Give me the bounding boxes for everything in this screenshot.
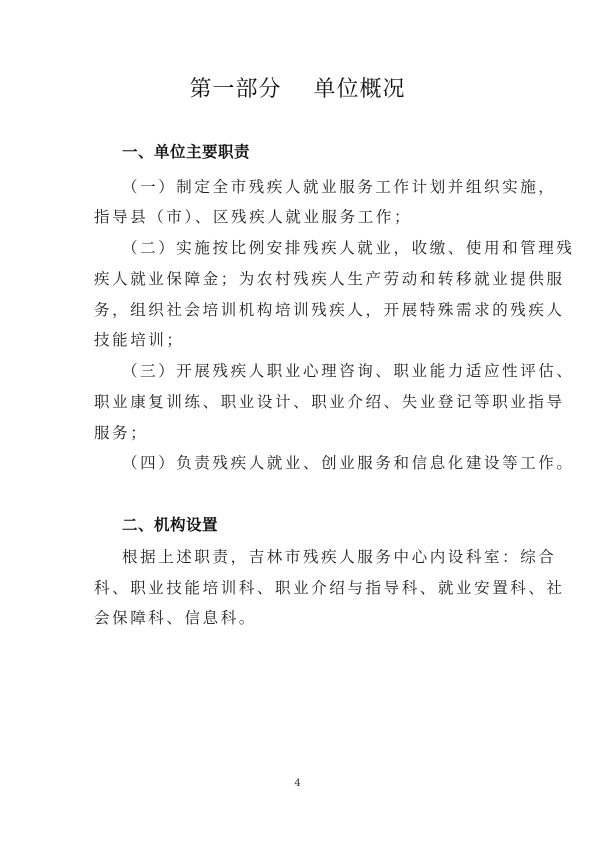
paragraph-line: （二）实施按比例安排残疾人就业，收缴、使用和管理残 xyxy=(122,236,575,258)
page-number: 4 xyxy=(0,778,595,789)
paragraph-line: （三）开展残疾人职业心理咨询、职业能力适应性评估、 xyxy=(122,359,575,381)
paragraph-line: 指导县（市）、区残疾人就业服务工作； xyxy=(94,205,412,227)
paragraph-line: 会保障科、信息科。 xyxy=(94,606,257,628)
section-heading-structure: 二、机构设置 xyxy=(122,513,218,535)
paragraph-line: 务，组织社会培训机构培训残疾人，开展特殊需求的残疾人 xyxy=(94,298,565,320)
page-title: 第一部分 单位概况 xyxy=(0,72,595,103)
paragraph-line: 技能培训； xyxy=(94,328,185,350)
document-page: 第一部分 单位概况 一、单位主要职责 （一）制定全市残疾人就业服务工作计划并组织… xyxy=(0,0,595,841)
paragraph-line: 根据上述职责，吉林市残疾人服务中心内设科室：综合 xyxy=(122,545,556,567)
paragraph-line: 科、职业技能培训科、职业介绍与指导科、就业安置科、社 xyxy=(94,576,565,598)
paragraph-line: 服务； xyxy=(94,421,148,443)
paragraph-line: 疾人就业保障金；为农村残疾人生产劳动和转移就业提供服 xyxy=(94,267,565,289)
paragraph-line: 职业康复训练、职业设计、职业介绍、失业登记等职业指导 xyxy=(94,390,565,412)
section-heading-duties: 一、单位主要职责 xyxy=(122,140,250,162)
paragraph-line: （一）制定全市残疾人就业服务工作计划并组织实施， xyxy=(122,175,556,197)
paragraph-line: （四）负责残疾人就业、创业服务和信息化建设等工作。 xyxy=(122,451,575,473)
